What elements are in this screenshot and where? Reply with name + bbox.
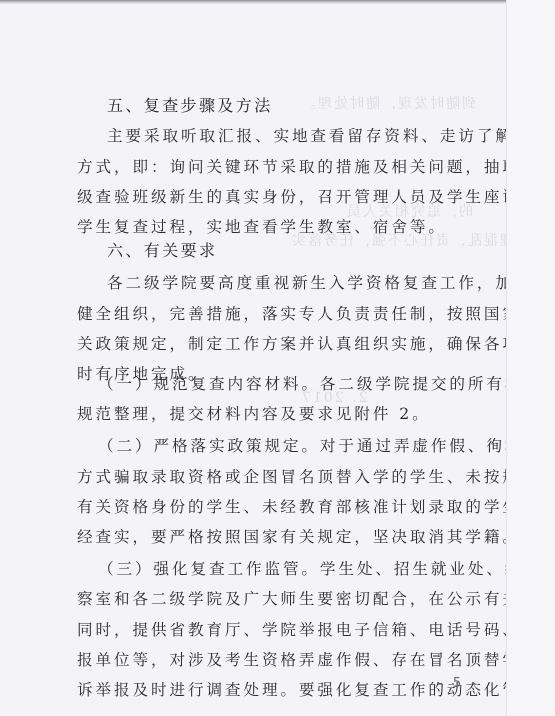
paragraph-line: 时有序地完成。: [77, 364, 206, 384]
paragraph-line: 级查验班级新生的真实身份，召开管理人员及学生座谈会询问: [77, 187, 555, 207]
section-heading-requirements: 六、有关要求: [107, 241, 217, 261]
section-heading-steps: 五、复查步骤及方法: [107, 96, 273, 116]
scan-top-edge: [0, 0, 507, 4]
paragraph-line: 主要采取听取汇报、实地查看留存资料、走访了解学生的: [107, 126, 555, 146]
paragraph-line: 学生复查过程，实地查看学生教室、宿舍等。: [77, 217, 447, 237]
paragraph-line: 健全组织，完善措施，落实专人负责责任制，按照国家和省有: [77, 304, 555, 324]
page-number: - 5 -: [438, 676, 479, 691]
scan-right-margin: [506, 0, 555, 716]
paragraph-line: 方式，即：询问关键环节采取的措施及相关问题，抽取一个班: [77, 157, 555, 177]
paragraph-line: 各二级学院要高度重视新生入学资格复查工作，加强领导，: [107, 273, 555, 293]
bleed-through-text: 到随时发现，随时处理。: [300, 93, 476, 113]
bleed-through-text: 2. 2017: [300, 390, 367, 406]
paragraph-line: 关政策规定，制定工作方案并认真组织实施，确保各项工作及: [77, 334, 555, 354]
document-page: 到随时发现，随时处理。 的，追究相关人员 处理，对管理混乱、责任心不强，任务落实…: [0, 0, 507, 716]
